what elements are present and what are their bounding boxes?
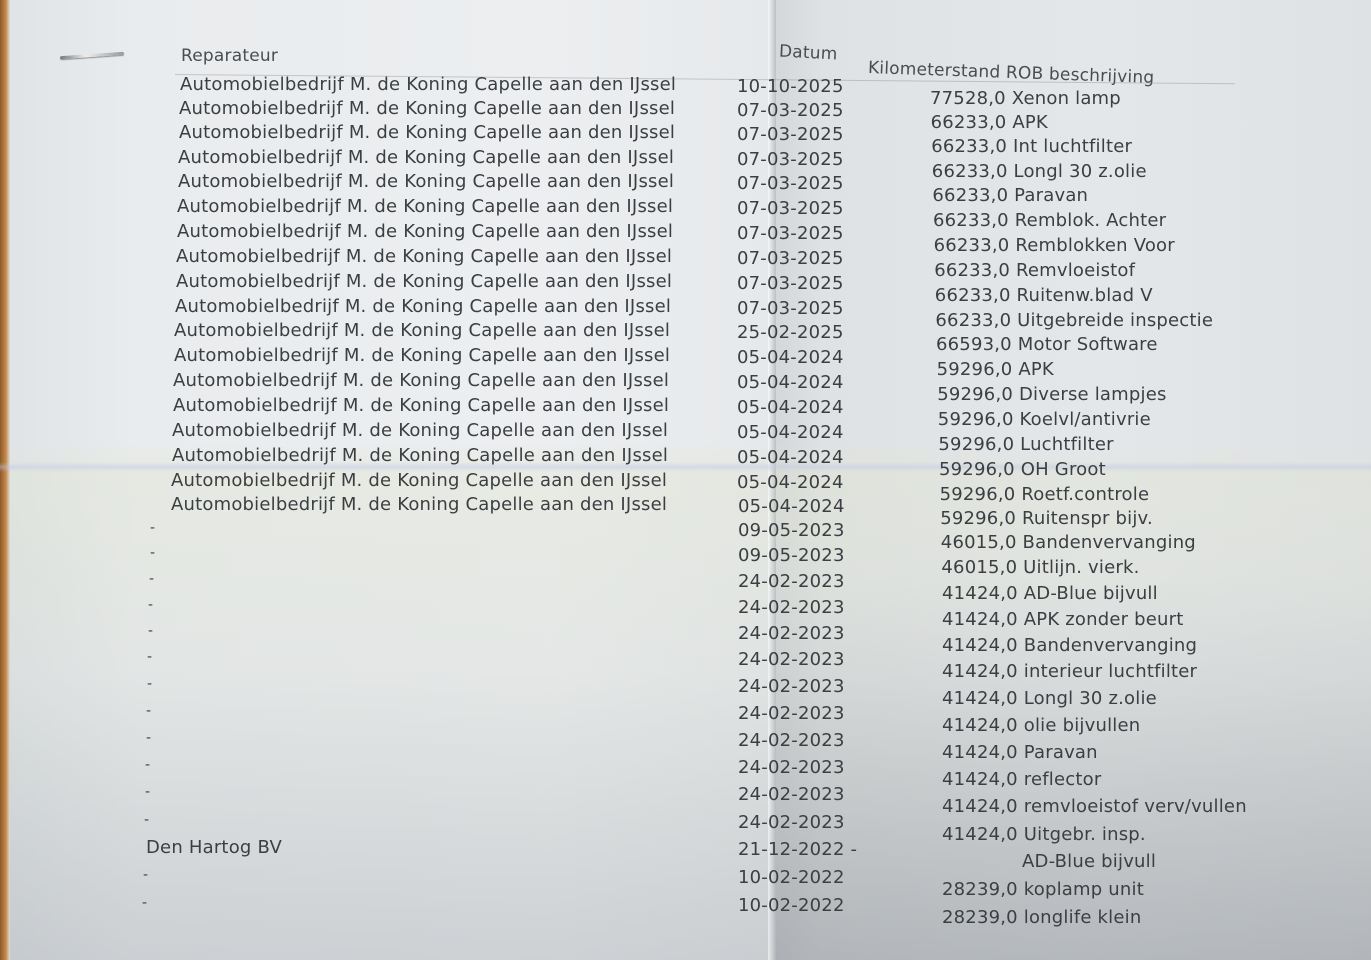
repairer-cell: Automobielbedrijf M. de Koning Capelle a… [172,420,668,441]
date-cell: 09-05-2023 [738,545,845,566]
table-row: Automobielbedrijf M. de Koning Capelle a… [0,196,1371,220]
repairer-cell: Automobielbedrijf M. de Koning Capelle a… [174,345,670,366]
repairer-cell: Automobielbedrijf M. de Koning Capelle a… [174,320,670,341]
repairer-cell: - [146,703,151,719]
table-row: Automobielbedrijf M. de Koning Capelle a… [0,445,1371,469]
date-cell: 07-03-2025 [737,124,844,145]
table-row: -24-02-202341424,0 olie bijvullen [0,701,1371,725]
date-cell: 21-12-2022 - [738,839,857,860]
table-row: Automobielbedrijf M. de Koning Capelle a… [0,271,1371,295]
date-cell: 24-02-2023 [738,571,845,592]
repairer-cell: Automobielbedrijf M. de Koning Capelle a… [180,74,676,95]
repairer-cell: Automobielbedrijf M. de Koning Capelle a… [178,147,674,168]
odometer-value: 28239,0 [942,907,1018,928]
date-cell: 25-02-2025 [737,322,844,343]
repairer-cell: Automobielbedrijf M. de Koning Capelle a… [177,196,673,217]
date-cell: 05-04-2024 [737,347,844,368]
date-cell: 07-03-2025 [737,198,844,219]
date-cell: 07-03-2025 [737,149,844,170]
repairer-cell: Automobielbedrijf M. de Koning Capelle a… [172,445,668,466]
repairer-cell: Automobielbedrijf M. de Koning Capelle a… [171,494,667,515]
repairer-cell: Automobielbedrijf M. de Koning Capelle a… [173,395,669,416]
date-cell: 05-04-2024 [737,397,844,418]
table-row: Automobielbedrijf M. de Koning Capelle a… [0,122,1371,146]
table-row: -10-02-202228239,0 koplamp unit [0,865,1371,889]
repairer-cell: - [148,623,153,639]
repairer-cell: - [148,597,153,613]
table-row: -24-02-202341424,0 interieur luchtfilter [0,647,1371,671]
table-row: Automobielbedrijf M. de Koning Capelle a… [0,320,1371,344]
table-row: Automobielbedrijf M. de Koning Capelle a… [0,296,1371,320]
repairer-cell: - [147,676,152,692]
table-row: -24-02-202341424,0 AD-Blue bijvull [0,569,1371,593]
repairer-cell: - [150,520,155,536]
table-row: -10-02-202228239,0 longlife klein [0,893,1371,917]
table-row: -24-02-202341424,0 Bandenvervanging [0,621,1371,645]
table-row: -09-05-202346015,0 Uitlijn. vierk. [0,543,1371,567]
repairer-cell: - [147,649,152,665]
repairer-cell: Den Hartog BV [146,837,282,858]
date-cell: 09-05-2023 [738,520,845,541]
table-row: Automobielbedrijf M. de Koning Capelle a… [0,221,1371,245]
repairer-cell: Automobielbedrijf M. de Koning Capelle a… [179,122,675,143]
repairer-cell: - [144,812,149,828]
repairer-cell: - [146,730,151,746]
date-cell: 24-02-2023 [738,649,845,670]
date-cell: 24-02-2023 [738,597,845,618]
km-description-cell: 28239,0 longlife klein [942,907,1141,928]
repairer-cell: Automobielbedrijf M. de Koning Capelle a… [178,171,674,192]
repairer-cell: - [142,895,147,911]
table-row: -24-02-202341424,0 remvloeistof verv/vul… [0,782,1371,806]
date-cell: 10-02-2022 [738,895,845,916]
table-row: Automobielbedrijf M. de Koning Capelle a… [0,74,1371,98]
repairer-cell: Automobielbedrijf M. de Koning Capelle a… [176,246,672,267]
column-header-repairer: Reparateur [181,46,278,66]
date-cell: 05-04-2024 [737,422,844,443]
date-cell: 10-02-2022 [738,867,845,888]
date-cell: 07-03-2025 [737,100,844,121]
date-cell: 05-04-2024 [738,496,845,517]
table-row: Automobielbedrijf M. de Koning Capelle a… [0,420,1371,444]
date-cell: 24-02-2023 [738,676,845,697]
table-row: Automobielbedrijf M. de Koning Capelle a… [0,147,1371,171]
date-cell: 05-04-2024 [737,447,844,468]
work-description: longlife klein [1018,907,1142,928]
repairer-cell: Automobielbedrijf M. de Koning Capelle a… [177,221,673,242]
repairer-cell: - [145,784,150,800]
table-row: Den Hartog BV21-12-2022 -AD-Blue bijvull [0,837,1371,861]
table-row: Automobielbedrijf M. de Koning Capelle a… [0,470,1371,494]
date-cell: 24-02-2023 [738,730,845,751]
table-row: -24-02-202341424,0 APK zonder beurt [0,595,1371,619]
table-row: Automobielbedrijf M. de Koning Capelle a… [0,246,1371,270]
date-cell: 05-04-2024 [737,472,844,493]
date-cell: 07-03-2025 [737,248,844,269]
date-cell: 07-03-2025 [737,173,844,194]
repairer-cell: - [145,757,150,773]
table-row: Automobielbedrijf M. de Koning Capelle a… [0,345,1371,369]
date-cell: 24-02-2023 [738,757,845,778]
date-cell: 10-10-2025 [737,76,844,97]
date-cell: 24-02-2023 [738,784,845,805]
date-cell: 24-02-2023 [738,623,845,644]
repairer-cell: - [150,545,155,561]
repairer-cell: - [143,867,148,883]
table-row: Automobielbedrijf M. de Koning Capelle a… [0,171,1371,195]
column-header-date: Datum [779,41,838,64]
table-row: -24-02-202341424,0 Uitgebr. insp. [0,810,1371,834]
repairer-cell: Automobielbedrijf M. de Koning Capelle a… [179,98,675,119]
repairer-cell: Automobielbedrijf M. de Koning Capelle a… [171,470,667,491]
repairer-cell: Automobielbedrijf M. de Koning Capelle a… [175,296,671,317]
table-row: Automobielbedrijf M. de Koning Capelle a… [0,370,1371,394]
date-cell: 24-02-2023 [738,812,845,833]
date-cell: 07-03-2025 [737,273,844,294]
table-row: Automobielbedrijf M. de Koning Capelle a… [0,494,1371,518]
date-cell: 07-03-2025 [737,223,844,244]
table-row: Automobielbedrijf M. de Koning Capelle a… [0,395,1371,419]
date-cell: 07-03-2025 [737,298,844,319]
table-row: Automobielbedrijf M. de Koning Capelle a… [0,98,1371,122]
repairer-cell: Automobielbedrijf M. de Koning Capelle a… [176,271,672,292]
table-row: -24-02-202341424,0 Longl 30 z.olie [0,674,1371,698]
repairer-cell: - [149,571,154,587]
date-cell: 24-02-2023 [738,703,845,724]
table-row: -09-05-202346015,0 Bandenvervanging [0,518,1371,542]
table-row: -24-02-202341424,0 reflector [0,755,1371,779]
repairer-cell: Automobielbedrijf M. de Koning Capelle a… [173,370,669,391]
date-cell: 05-04-2024 [737,372,844,393]
table-row: -24-02-202341424,0 Paravan [0,728,1371,752]
